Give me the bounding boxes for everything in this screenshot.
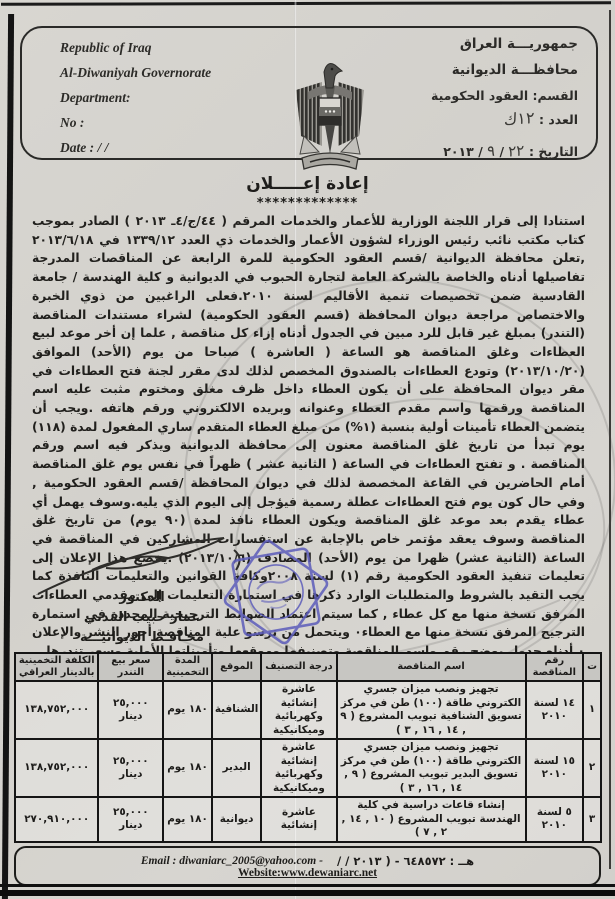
governorate-name-ar: محافظـــة الديوانية	[398, 62, 578, 78]
cell-estimated-cost: ٢٧٠,٩١٠,٠٠٠	[15, 797, 98, 842]
table-row: ١ ١٤ لسنة ٢٠١٠ تجهيز ونصب ميزان جسري الك…	[15, 681, 601, 739]
governorate-name-en: Al-Diwaniyah Governorate	[60, 65, 260, 81]
cell-tender-name: تجهيز ونصب ميزان جسري الكتروني طاقة (١٠٠…	[337, 681, 526, 739]
cell-tender-name: تجهيز ونصب ميزان جسري الكتروني طاقة (١٠٠…	[337, 739, 526, 797]
col-serial: ت	[583, 653, 601, 681]
cell-tender-price: ٢٥,٠٠٠ دينار	[98, 681, 163, 739]
cell-location: ديوانية	[212, 797, 262, 842]
date-label-ar: التاريخ :	[529, 144, 578, 159]
cell-serial: ١	[583, 681, 601, 739]
cell-duration: ١٨٠ يوم	[163, 797, 212, 842]
cell-location: الشنافية	[212, 681, 262, 739]
col-location: الموقع	[212, 653, 262, 681]
document-number-line: العدد : ١٢ك	[398, 109, 578, 128]
table-row: ٢ ١٥ لسنة ٢٠١٠ تجهيز ونصب ميزان جسري الك…	[15, 739, 601, 797]
number-value-handwritten: ١٢ك	[504, 108, 535, 129]
cell-location: البدير	[212, 739, 262, 797]
col-estimated-cost: الكلفة التخمينية بالدينار العراقي	[15, 653, 98, 681]
col-tender-price: سعر بيع التندر	[98, 653, 163, 681]
date-year: ٢٠١٣	[443, 144, 474, 159]
contact-line: Email : diwaniarc_2005@yahoo.com - هــ :…	[141, 854, 474, 868]
department-label-en: Department:	[60, 90, 260, 106]
date-day-handwritten: ٢٢	[508, 141, 525, 160]
date-month-handwritten: ٩	[487, 142, 496, 161]
col-classification: درجة التصنيف	[261, 653, 336, 681]
signatory-block: الدكتور عمار حبيب المدني محـافـظ الديوان…	[52, 588, 232, 648]
letterhead-box: Republic of Iraq Al-Diwaniyah Governorat…	[20, 26, 598, 160]
signatory-role: محـافـظ الديوانيـــة	[52, 628, 232, 648]
date-label-en: Date : / /	[60, 140, 260, 156]
scan-edge-bottom-thin	[0, 884, 615, 887]
cell-duration: ١٨٠ يوم	[163, 739, 212, 797]
scan-edge-right	[609, 10, 611, 869]
date-separator: /	[500, 144, 505, 159]
signatory-name: عمار حبيب المدني	[52, 608, 232, 628]
cell-estimated-cost: ١٣٨,٧٥٢,٠٠٠	[15, 681, 98, 739]
cell-tender-price: ٢٥,٠٠٠ دينار	[98, 797, 163, 842]
cell-classification: عاشرة إنشائية	[261, 797, 336, 842]
col-tender-name: اسم المناقصة	[337, 653, 526, 681]
contact-footer-box: Email : diwaniarc_2005@yahoo.com - هــ :…	[14, 846, 601, 886]
tenders-table: ت رقم المناقصة اسم المناقصة درجة التصنيف…	[14, 652, 602, 843]
cell-classification: عاشرة إنشائية وكهربائية وميكانيكية	[261, 681, 336, 739]
cell-estimated-cost: ١٣٨,٧٥٢,٠٠٠	[15, 739, 98, 797]
document-date-line: التاريخ : ٢٢ / ٩ / ٢٠١٣	[398, 142, 578, 160]
signatory-title: الدكتور	[52, 588, 232, 608]
cell-serial: ٢	[583, 739, 601, 797]
scan-edge-bottom-thick	[0, 890, 615, 896]
email-address: Email : diwaniarc_2005@yahoo.com -	[141, 855, 323, 867]
cell-duration: ١٨٠ يوم	[163, 681, 212, 739]
phone-number: هــ : ٦٤٨٥٧٢ - ( ٢٠١٣ / /	[337, 854, 474, 868]
iraq-eagle-emblem-icon	[288, 58, 372, 186]
scan-edge-left	[2, 14, 14, 899]
title-divider-stars: *************	[0, 196, 615, 211]
website-address: Website:www.dewaniarc.net	[238, 867, 377, 879]
cell-tender-name: إنشاء قاعات دراسية في كلية الهندسة تبويب…	[337, 797, 526, 842]
scan-edge-top	[1, 1, 611, 6]
cell-classification: عاشرة إنشائية وكهربائية وميكانيكية	[261, 739, 336, 797]
col-tender-number: رقم المناقصة	[526, 653, 584, 681]
letterhead-arabic: جمهوريـــة العراق محافظـــة الديوانية ال…	[398, 36, 578, 166]
scanned-document-page: Republic of Iraq Al-Diwaniyah Governorat…	[0, 0, 615, 899]
cell-tender-number: ١٥ لسنة ٢٠١٠	[526, 739, 584, 797]
date-separator: /	[478, 144, 483, 159]
letterhead-english: Republic of Iraq Al-Diwaniyah Governorat…	[60, 40, 260, 165]
cell-tender-number: ٥ لسنة ٢٠١٠	[526, 797, 584, 842]
cell-tender-number: ١٤ لسنة ٢٠١٠	[526, 681, 584, 739]
number-label-ar: العدد :	[539, 112, 578, 127]
announcement-title: إعادة إعـــــلان	[0, 174, 615, 194]
governorate-blue-star-seal-icon	[220, 536, 332, 652]
number-label-en: No :	[60, 115, 260, 131]
country-name-en: Republic of Iraq	[60, 40, 260, 56]
table-header-row: ت رقم المناقصة اسم المناقصة درجة التصنيف…	[15, 653, 601, 681]
col-duration: المدة التخمينية	[163, 653, 212, 681]
country-name-ar: جمهوريـــة العراق	[398, 36, 578, 52]
announcement-body: استنادا إلى قرار اللجنة الوزارية للأعمار…	[32, 212, 585, 512]
department-line-ar: القسم: العقود الحكومية	[398, 88, 578, 103]
table-row: ٣ ٥ لسنة ٢٠١٠ إنشاء قاعات دراسية في كلية…	[15, 797, 601, 842]
cell-tender-price: ٢٥,٠٠٠ دينار	[98, 739, 163, 797]
cell-serial: ٣	[583, 797, 601, 842]
